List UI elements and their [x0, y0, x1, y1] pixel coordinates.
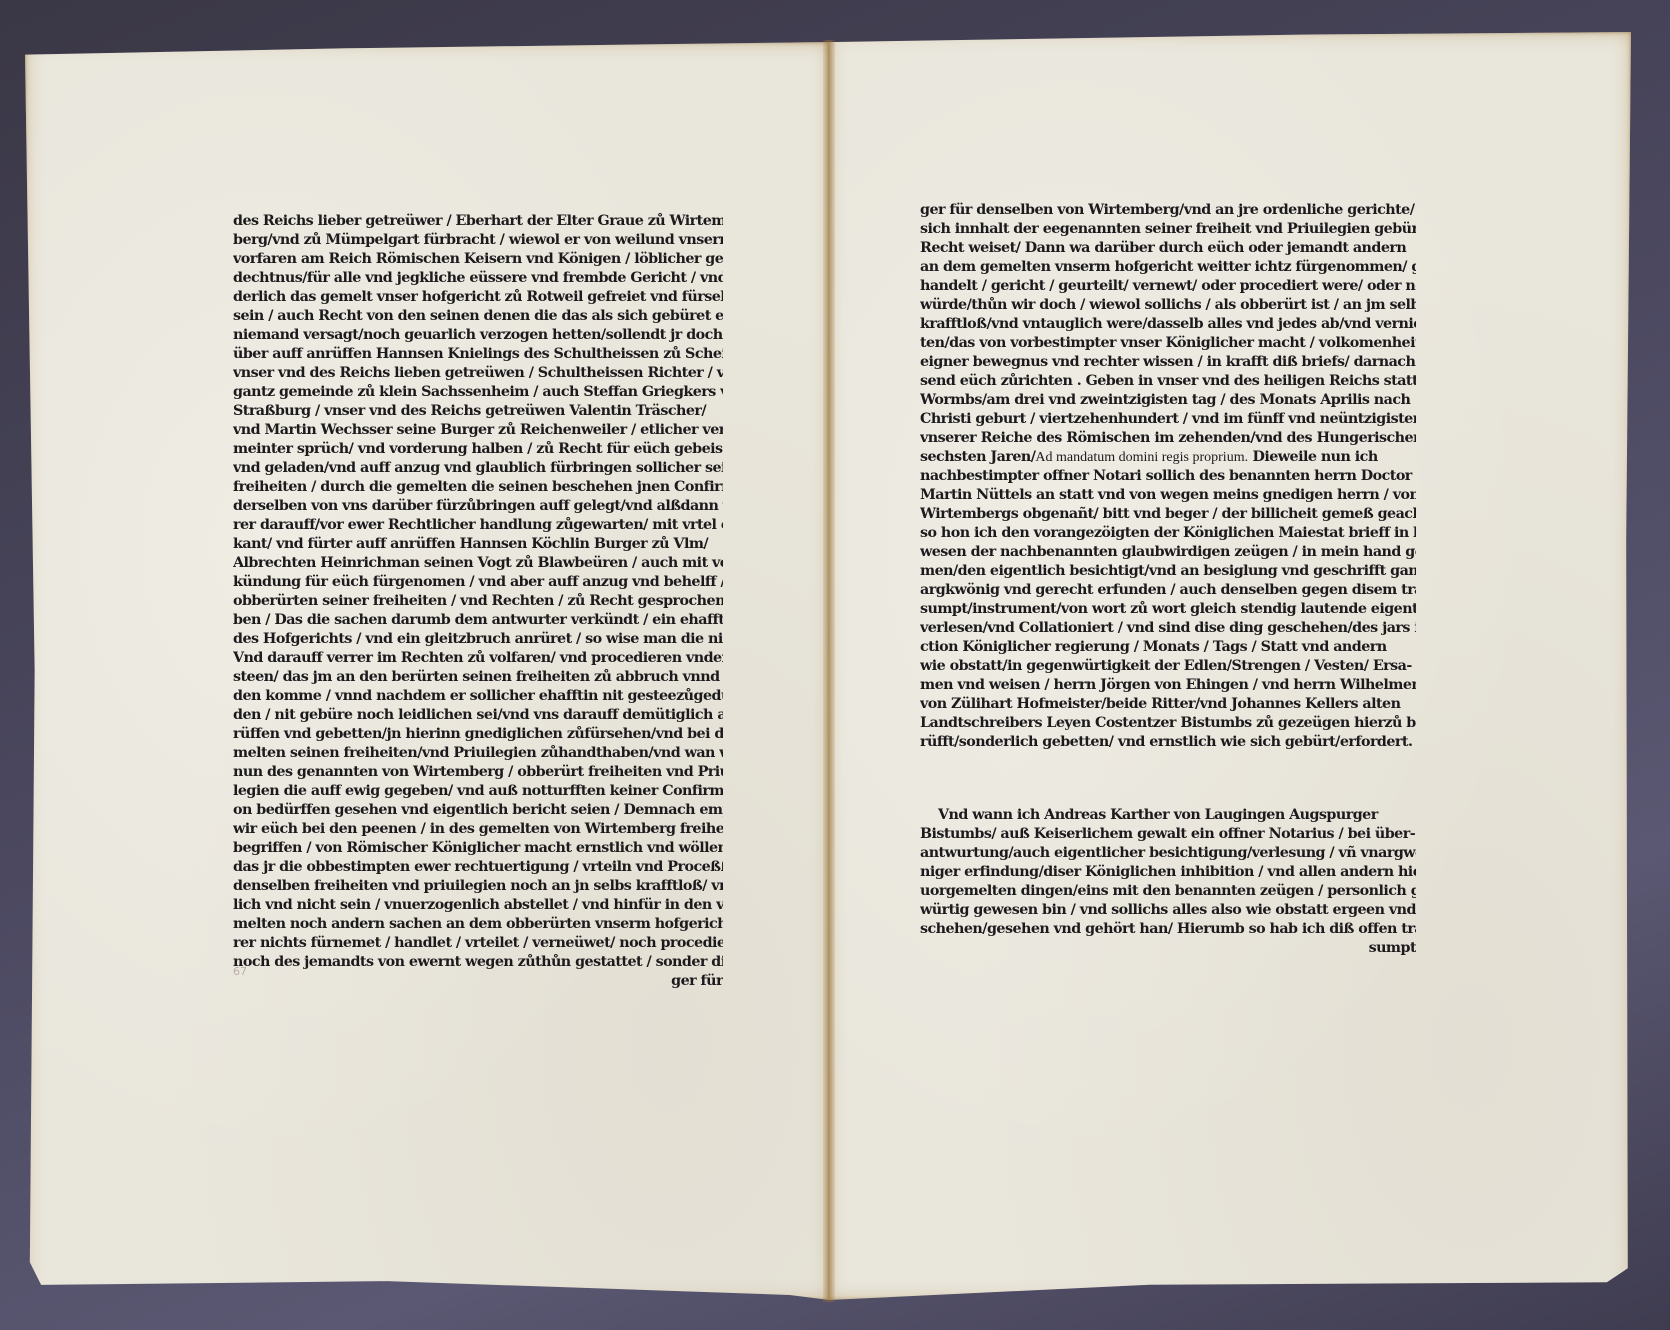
text-line: sich innhalt der eegenannten seiner frei…: [920, 220, 1416, 239]
text-line: ction Königlicher regierung / Monats / T…: [920, 638, 1416, 657]
text-line: würtig gewesen bin / vnd sollichs alles …: [920, 901, 1416, 920]
text-line: obberürten seiner freiheiten / vnd Recht…: [233, 592, 723, 611]
text-line: würde/thůn wir doch / wiewol sollichs / …: [920, 296, 1416, 315]
text-line: antwurtung/auch eigentlicher besichtigun…: [920, 844, 1416, 863]
text-line: Bistumbs/ auß Keiserlichem gewalt ein of…: [920, 825, 1416, 844]
text-line: wir eüch bei den peenen / in des gemelte…: [233, 820, 723, 839]
text-line: sumpt/instrument/von wort zů wort gleich…: [920, 600, 1416, 619]
text-line: des Hofgerichts / vnd ein gleitzbruch an…: [233, 630, 723, 649]
marginal-note: 67: [233, 965, 247, 978]
text-line: lich vnd nicht sein / vnuerzogenlich abs…: [233, 896, 723, 915]
text-line: vorfaren am Reich Römischen Keisern vnd …: [233, 250, 723, 269]
text-line: derlich das gemelt vnser hofgericht zů R…: [233, 288, 723, 307]
text-line: Albrechten Heinrichman seinen Vogt zů Bl…: [233, 554, 723, 573]
text-line: sein / auch Recht von den seinen denen d…: [233, 307, 723, 326]
text-line: rer nichts fürnemet / handlet / vrteilet…: [233, 934, 723, 953]
text-line: Wormbs/am drei vnd zweintzigisten tag / …: [920, 391, 1416, 410]
text-line: Martin Nüttels an statt vnd von wegen me…: [920, 486, 1416, 505]
text-line: Vnd darauff verrer im Rechten zů volfare…: [233, 649, 723, 668]
text-line: Landtschreibers Leyen Costentzer Bistumb…: [920, 714, 1416, 733]
text-line: legien die auff ewig gegeben/ vnd auß no…: [233, 782, 723, 801]
text-line: das jr die obbestimpten ewer rechtuertig…: [233, 858, 723, 877]
text-line: gantz gemeinde zů klein Sachssenheim / a…: [233, 383, 723, 402]
text-line: freiheiten / durch die gemelten die sein…: [233, 478, 723, 497]
book-gutter: [823, 40, 835, 1302]
text-line: vnd geladen/vnd auff anzug vnd glaublich…: [233, 459, 723, 478]
text-line: melten seinen freiheiten/vnd Priuilegien…: [233, 744, 723, 763]
text-line: den komme / vnnd nachdem er sollicher eh…: [233, 687, 723, 706]
left-page-text: des Reichs lieber getreüwer / Eberhart d…: [233, 212, 723, 991]
text-line: kant/ vnd fürter auff anrüffen Hannsen K…: [233, 535, 723, 554]
text-line: niemand versagt/noch geuarlich verzogen …: [233, 326, 723, 345]
text-line: über auff anrüffen Hannsen Knielings des…: [233, 345, 723, 364]
text-line: uorgemelten dingen/eins mit den benannte…: [920, 882, 1416, 901]
text-line: kündung für eüch fürgenomen / vnd aber a…: [233, 573, 723, 592]
text-line: nachbestimpter offner Notari sollich des…: [920, 467, 1416, 486]
right-page-text: ger für denselben von Wirtemberg/vnd an …: [920, 201, 1416, 752]
latin-phrase: Ad mandatum domini regis proprium.: [1035, 450, 1248, 465]
text-line: men/den eigentlich besichtigt/vnd an bes…: [920, 562, 1416, 581]
text-line: eigner bewegnus vnd rechter wissen / in …: [920, 353, 1416, 372]
text-line: derselben von vns darüber fürzůbringen a…: [233, 497, 723, 516]
text-line: nun des genannten von Wirtemberg / obber…: [233, 763, 723, 782]
text-line: ten/das von vorbestimpter vnser Königlic…: [920, 334, 1416, 353]
text-line: so hon ich den vorangezöigten der Königl…: [920, 524, 1416, 543]
text-line: rüfft/sonderlich gebetten/ vnd ernstlich…: [920, 733, 1416, 752]
text-line: denselben freiheiten vnd priuilegien noc…: [233, 877, 723, 896]
text-line: Recht weiset/ Dann wa darüber durch eüch…: [920, 239, 1416, 258]
text-line: dechtnus/für alle vnd jegkliche eüssere …: [233, 269, 723, 288]
text-line: meinter sprüch/ vnd vorderung halben / z…: [233, 440, 723, 459]
text-line: send eüch zůrichten . Geben in vnser vnd…: [920, 372, 1416, 391]
text-line: von Zülihart Hofmeister/beide Ritter/vnd…: [920, 695, 1416, 714]
text-line: Straßburg / vnser vnd des Reichs getreüw…: [233, 402, 723, 421]
text-line: Vnd wann ich Andreas Karther von Lauging…: [920, 806, 1416, 825]
text-line: niger erfindung/diser Königlichen inhibi…: [920, 863, 1416, 882]
text-line: wesen der nachbenannten glaubwirdigen ze…: [920, 543, 1416, 562]
text-line: Wirtembergs obgenañt/ bitt vnd beger / d…: [920, 505, 1416, 524]
text-line: handelt / gericht / geurteilt/ vernewt/ …: [920, 277, 1416, 296]
text-line: ben / Das die sachen darumb dem antwurte…: [233, 611, 723, 630]
text-line: argkwönig vnd gerecht erfunden / auch de…: [920, 581, 1416, 600]
text-line: ger für denselben von Wirtemberg/vnd an …: [920, 201, 1416, 220]
text-line: verlesen/vnd Collationiert / vnd sind di…: [920, 619, 1416, 638]
text-line: den / nit gebüre noch leidlichen sei/vnd…: [233, 706, 723, 725]
text-line: wie obstatt/in gegenwürtigkeit der Edlen…: [920, 657, 1416, 676]
text-line: vnser vnd des Reichs lieben getreüwen / …: [233, 364, 723, 383]
text-fragment: Dieweile nun ich: [1248, 449, 1378, 465]
text-line: schehen/gesehen vnd gehört han/ Hierumb …: [920, 920, 1416, 939]
text-line: Christi geburt / viertzehenhundert / vnd…: [920, 410, 1416, 429]
text-line: melten noch andern sachen an dem obberür…: [233, 915, 723, 934]
text-line: rer darauff/vor ewer Rechtlicher handlun…: [233, 516, 723, 535]
text-line: des Reichs lieber getreüwer / Eberhart d…: [233, 212, 723, 231]
text-line: vnserer Reiche des Römischen im zehenden…: [920, 429, 1416, 448]
text-fragment: sechsten Jaren/: [920, 449, 1035, 465]
text-line: vnd Martin Wechsser seine Burger zů Reic…: [233, 421, 723, 440]
text-line: men vnd weisen / herrn Jörgen von Ehinge…: [920, 676, 1416, 695]
text-line: begriffen / von Römischer Königlicher ma…: [233, 839, 723, 858]
catchword: ger für: [233, 972, 723, 991]
text-line: an dem gemelten vnserm hofgericht weitte…: [920, 258, 1416, 277]
notary-attestation: Vnd wann ich Andreas Karther von Lauging…: [920, 806, 1416, 958]
text-line: noch des jemandts von ewernt wegen zůthů…: [233, 953, 723, 972]
text-line: steen/ das jm an den berürten seinen fre…: [233, 668, 723, 687]
catchword: sumpt: [920, 939, 1416, 958]
text-line: krafftloß/vnd vntauglich were/dasselb al…: [920, 315, 1416, 334]
text-line-mixed: sechsten Jaren/Ad mandatum domini regis …: [920, 448, 1416, 467]
text-line: rüffen vnd gebetten/jn hierinn gnediglic…: [233, 725, 723, 744]
text-line: on bedürffen gesehen vnd eigentlich beri…: [233, 801, 723, 820]
text-line: berg/vnd zů Mümpelgart fürbracht / wiewo…: [233, 231, 723, 250]
